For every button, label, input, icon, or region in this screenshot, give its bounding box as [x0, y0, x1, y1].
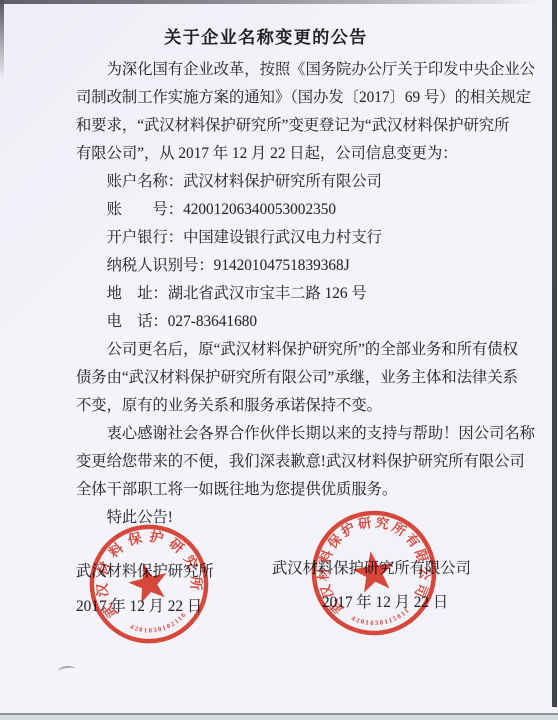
- body-line-account-number: 账 号：42001206340053002350: [76, 196, 458, 224]
- body-line: 为深化国有企业改革，按照《国务院办公厅关于印发中央企业公: [76, 56, 458, 84]
- body-line-phone: 电 话：027-83641680: [76, 308, 458, 336]
- doc-body: 为深化国有企业改革，按照《国务院办公厅关于印发中央企业公 司制改制工作实施方案的…: [76, 56, 458, 532]
- body-line: 和要求，“武汉材料保护研究所”变更登记为“武汉材料保护研究所: [76, 112, 458, 140]
- signature-date: 2017 年 12 月 22 日: [322, 590, 471, 612]
- body-line-address: 地 址：湖北省武汉市宝丰二路 126 号: [76, 280, 458, 308]
- body-line: 不变，原有的业务关系和服务承诺保持不变。: [76, 392, 458, 420]
- body-line: 全体干部职工将一如既往地为您提供优质服务。: [76, 476, 458, 504]
- signature-name: 武汉材料保护研究所: [76, 559, 214, 581]
- signature-block-new-company: 武汉材料保护研究所有限公司 2017 年 12 月 22 日: [272, 556, 471, 612]
- paper-smudge: [58, 665, 76, 675]
- body-line-closing: 特此公告!: [76, 504, 458, 532]
- body-line-account-name: 账户名称：武汉材料保护研究所有限公司: [76, 168, 458, 196]
- body-line: 衷心感谢社会各界合作伙伴长期以来的支持与帮助！因公司名称: [76, 420, 458, 448]
- signature-block-old-company: 武汉材料保护研究所 2017 年 12 月 22 日: [76, 559, 214, 616]
- body-line: 有限公司”，从 2017 年 12 月 22 日起，公司信息变更为：: [76, 140, 458, 168]
- scan-edge-right: [552, 0, 557, 707]
- body-line-bank: 开户银行：中国建设银行武汉电力村支行: [76, 224, 458, 252]
- body-line: 债务由“武汉材料保护研究所有限公司”承继，业务主体和法律关系: [76, 364, 458, 392]
- signature-date: 2017 年 12 月 22 日: [76, 594, 214, 616]
- body-line-tax-id: 纳税人识别号：91420104751839368J: [76, 252, 458, 280]
- scan-edge-bottom: [0, 713, 558, 720]
- scanned-announcement-page: { "page": { "title": "关于企业名称变更的公告", "bod…: [0, 0, 558, 720]
- body-line: 司制改制工作实施方案的通知》（国办发〔2017〕69 号）的相关规定: [76, 84, 458, 112]
- scan-edge-left: [0, 0, 4, 80]
- body-line: 变更给您带来的不便，我们深表歉意!武汉材料保护研究所有限公司: [76, 448, 458, 476]
- doc-title: 关于企业名称变更的公告: [76, 23, 456, 48]
- signature-name: 武汉材料保护研究所有限公司: [272, 556, 471, 578]
- scan-edge-top: [0, 0, 558, 4]
- body-line: 公司更名后，原“武汉材料保护研究所”的全部业务和所有债权: [76, 336, 458, 364]
